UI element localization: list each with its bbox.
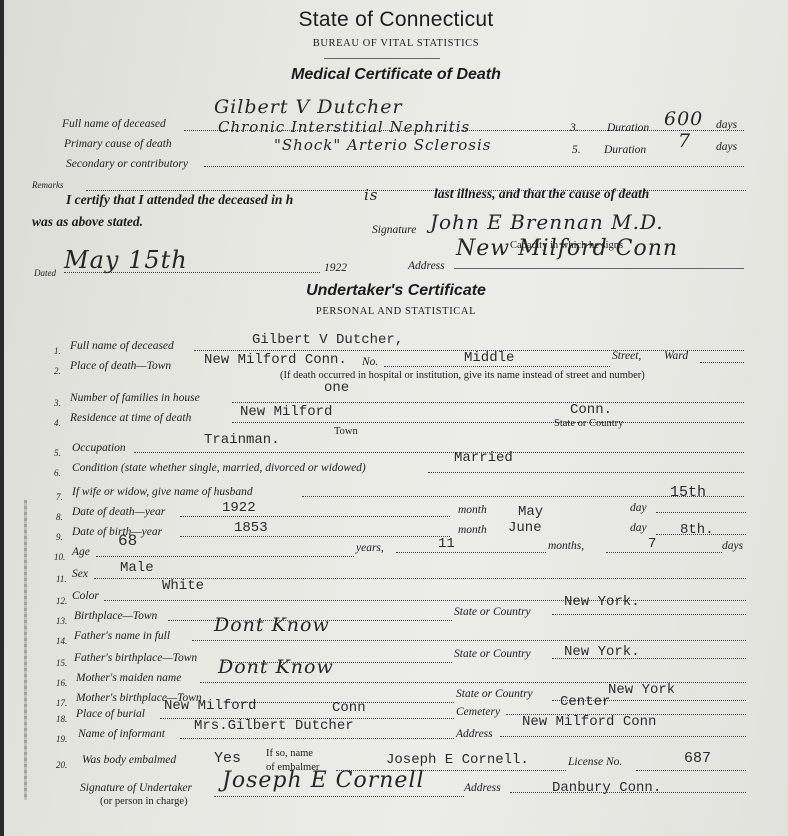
field-line [232,422,744,423]
certify-text: I certify that I attended the deceased i… [66,192,293,208]
primary-duration-value: 600 [664,108,703,130]
row-number: 20. [56,760,67,770]
remarks-label: Remarks [32,180,64,190]
year-value: 1922 [324,262,347,274]
months-label: months, [548,540,584,552]
days-label: days [716,141,737,153]
license-label: License No. [568,756,622,768]
informant-address: New Milford Conn [522,714,656,730]
row-number: 1. [54,346,61,356]
field-line [700,362,744,363]
undertaker-subtitle: PERSONAL AND STATISTICAL [4,306,788,317]
sex-label: Sex [72,568,88,580]
condition-value: Married [454,450,513,466]
birth-month: June [508,520,542,536]
field-line [134,452,744,453]
row-number: 18. [56,714,67,724]
divider [324,58,440,59]
father-birthplace-label: Father's birthplace—Town [74,652,197,664]
field-line [552,658,746,659]
place-of-death-label: Place of death—Town [70,360,171,372]
field-line [180,536,450,537]
residence-state: Conn. [570,402,612,418]
full-name-label: Full name of deceased [70,340,174,352]
field-line [636,770,746,771]
residence-label: Residence at time of death [70,412,191,424]
husband-label: If wife or widow, give name of husband [72,486,253,498]
cemetery-value: Center [560,694,610,710]
embalmed-label: Was body embalmed [82,754,176,766]
month-label: month [458,504,487,516]
death-certificate: State of Connecticut BUREAU OF VITAL STA… [4,0,788,836]
color-label: Color [72,590,99,602]
residence-town: New Milford [240,404,332,420]
primary-num: 3. [570,122,579,134]
person-in-charge-label: (or person in charge) [100,796,188,807]
condition-label: Condition (state whether single, married… [72,462,366,474]
field-line [656,534,746,535]
cemetery-label: Cemetery [456,706,500,718]
medical-title: Medical Certificate of Death [4,66,788,84]
physician-address: New Milford Conn [456,236,678,261]
date-of-death-label: Date of death—year [72,506,165,518]
burial-label: Place of burial [76,708,145,720]
row-number: 14. [56,636,67,646]
secondary-value: "Shock" Arterio Sclerosis [274,136,491,154]
death-month: May [518,504,543,520]
field-line [180,738,454,739]
undertaker-signature-label: Signature of Undertaker [80,782,192,794]
row-number: 13. [56,616,67,626]
field-line [428,472,744,473]
field-line [454,268,744,269]
dated-value: May 15th [64,246,188,274]
embalmer-name: Joseph E Cornell. [386,752,529,768]
death-year: 1922 [222,500,256,516]
field-line [214,796,464,797]
certify-text-3: was as above stated. [32,214,143,230]
mother-birthplace-state: New York [608,682,675,698]
row-number: 10. [54,552,65,562]
duration-label: Duration [604,144,646,156]
age-months: 11 [438,536,455,552]
field-line [96,556,354,557]
age-days: 7 [648,536,656,552]
binding-edge [24,500,27,800]
full-name-value: Gilbert V Dutcher [214,96,403,118]
row-number: 7. [56,492,63,502]
month-label: month [458,524,487,536]
field-line [192,640,746,641]
row-number: 12. [56,596,67,606]
birthplace-label: Birthplace—Town [74,610,157,622]
row-number: 9. [56,532,63,542]
state-label: State or Country [456,688,533,700]
sex-value: Male [120,560,154,576]
field-line [180,516,450,517]
signature-label: Signature [372,224,416,236]
field-line [64,272,320,273]
families-label: Number of families in house [70,392,200,404]
color-value: White [162,578,204,594]
mother-maiden-value: Dont Know [218,656,334,678]
field-line [606,552,722,553]
row-number: 11. [56,574,67,584]
field-line [510,792,746,793]
mother-maiden-label: Mother's maiden name [76,672,181,684]
row-number: 19. [56,734,67,744]
years-label: years, [356,542,384,554]
duration-label: Duration [607,122,649,134]
row-number: 15. [56,658,67,668]
field-line [232,402,744,403]
burial-town: New Milford [164,698,256,714]
town-label: Town [334,426,358,437]
embalmed-value: Yes [214,750,241,767]
ward-label: Ward [664,350,688,362]
certify-pronoun: is [364,186,379,204]
undertaker-address: Danbury Conn. [552,780,661,796]
row-number: 4. [54,418,61,428]
age-label: Age [72,546,90,558]
informant-label: Name of informant [78,728,165,740]
birth-day: 8th. [680,522,714,538]
dated-label: Dated [34,268,56,278]
undertaker-signature: Joseph E Cornell [222,768,425,793]
day-label: day [630,502,647,514]
address-label: Address [464,782,501,794]
state-label: State or Country [454,648,531,660]
row-number: 2. [54,366,61,376]
birth-year: 1853 [234,520,268,536]
deceased-name: Gilbert V Dutcher, [252,332,403,348]
physician-signature: John E Brennan M.D. [430,210,664,234]
field-line [552,614,746,615]
address-label: Address [456,728,493,740]
birthplace-state: New York. [564,594,640,610]
families-value: one [324,380,349,396]
father-name-label: Father's name in full [74,630,170,642]
row-number: 8. [56,512,63,522]
field-line [396,552,546,553]
field-line [384,366,610,367]
field-line [656,512,746,513]
occupation-label: Occupation [72,442,126,454]
street-label: Street, [612,350,641,362]
primary-cause-label: Primary cause of death [64,138,172,150]
full-name-label: Full name of deceased [62,118,166,130]
field-line [500,736,746,737]
state-title: State of Connecticut [4,8,788,32]
embalmer-label: If so, name [266,748,313,759]
field-line [104,600,746,601]
no-label: No. [362,356,378,368]
address-label: Address [408,260,445,272]
burial-state: Conn [332,700,366,716]
row-number: 5. [54,448,61,458]
row-number: 6. [54,468,61,478]
row-number: 3. [54,398,61,408]
state-label: State or Country [454,606,531,618]
days-label: days [716,119,737,131]
certify-text-2: last illness, and that the cause of deat… [434,186,649,202]
age-years: 68 [118,532,137,550]
days-label: days [722,540,743,552]
place-of-death-town: New Milford Conn. [204,352,347,368]
death-day: 15th [670,484,706,501]
day-label: day [630,522,647,534]
primary-cause-value: Chronic Interstitial Nephritis [218,118,470,136]
state-label: State or Country [554,418,623,429]
secondary-num: 5. [572,144,581,156]
secondary-duration-value: 7 [678,130,691,152]
row-number: 16. [56,678,67,688]
row-number: 17. [56,698,67,708]
occupation-value: Trainman. [204,432,280,448]
father-name-value: Dont Know [214,614,330,636]
license-value: 687 [684,750,711,767]
informant-value: Mrs.Gilbert Dutcher [194,718,354,734]
secondary-label: Secondary or contributory [66,158,188,170]
street-value: Middle [464,350,514,366]
undertaker-title: Undertaker's Certificate [4,282,788,300]
bureau-title: BUREAU OF VITAL STATISTICS [4,38,788,49]
field-line [204,166,744,167]
